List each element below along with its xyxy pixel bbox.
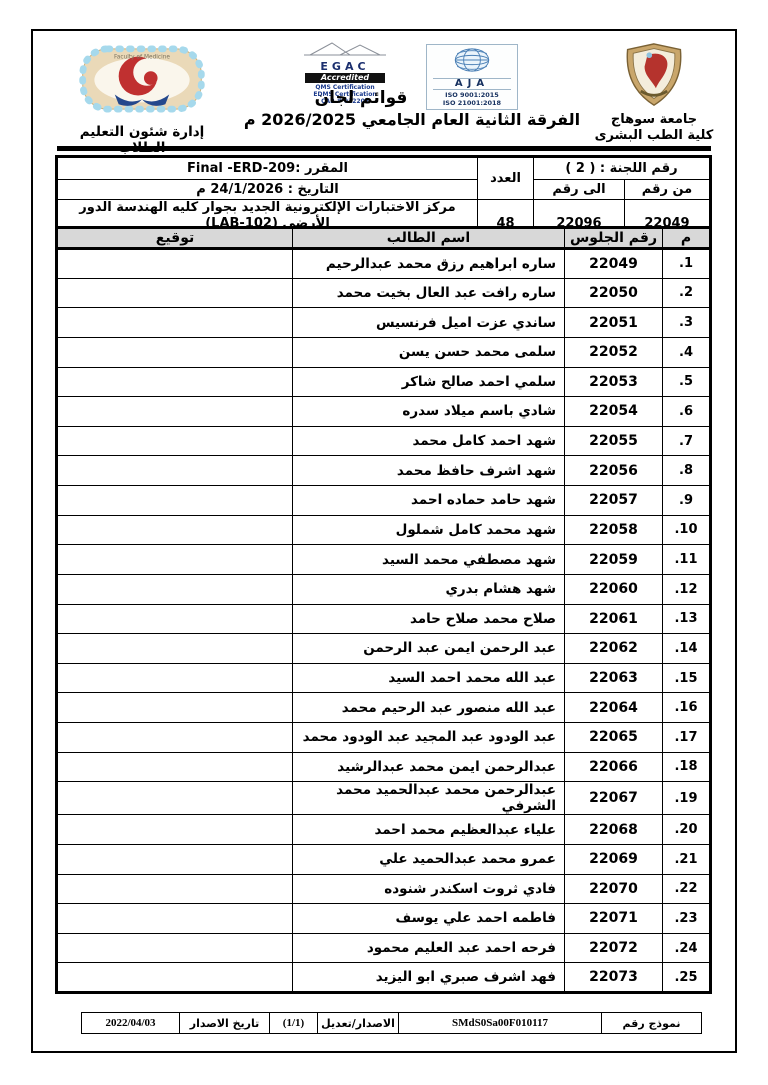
student-row: 8. 22056 شهد اشرف حافظ محمد [57,456,711,486]
signature-cell [57,249,293,279]
student-name: شادي باسم ميلاد سدره [293,397,565,427]
course-label: المقرر :Final -ERD-209 [57,157,478,180]
signature-cell [57,723,293,753]
row-index: 13. [663,604,711,634]
row-index: 18. [663,752,711,782]
student-row: 21. 22069 عمرو محمد عبدالحميد علي [57,844,711,874]
signature-cell [57,604,293,634]
signature-cell [57,874,293,904]
signature-cell [57,456,293,486]
student-name: عبدالرحمن ايمن محمد عبدالرشيد [293,752,565,782]
signature-cell [57,752,293,782]
signature-cell [57,634,293,664]
signature-cell [57,426,293,456]
seat-number: 22061 [565,604,663,634]
seat-number: 22072 [565,933,663,963]
signature-cell [57,278,293,308]
student-name: عمرو محمد عبدالحميد علي [293,844,565,874]
student-row: 15. 22063 عبد الله محمد احمد السيد [57,663,711,693]
student-name: ساره ابراهيم رزق محمد عبدالرحيم [293,249,565,279]
seat-number: 22053 [565,367,663,397]
student-name: شهد اشرف حافظ محمد [293,456,565,486]
student-row: 7. 22055 شهد احمد كامل محمد [57,426,711,456]
seat-number: 22055 [565,426,663,456]
row-index: 14. [663,634,711,664]
row-index: 10. [663,515,711,545]
seat-number: 22059 [565,545,663,575]
seat-number: 22054 [565,397,663,427]
row-index: 6. [663,397,711,427]
student-row: 22. 22070 فادي ثروت اسكندر شنوده [57,874,711,904]
seat-number: 22071 [565,904,663,934]
row-index: 2. [663,278,711,308]
table-header-row: م رقم الجلوس اسم الطالب توقيع [57,228,711,249]
seat-number: 22057 [565,486,663,516]
seat-number: 22069 [565,844,663,874]
row-index: 25. [663,963,711,993]
student-row: 3. 22051 ساندي عزت اميل فرنسيس [57,308,711,338]
signature-cell [57,308,293,338]
student-row: 14. 22062 عبد الرحمن ايمن عبد الرحمن [57,634,711,664]
signature-cell [57,782,293,815]
student-name: ساره رافت عبد العال بخيت محمد [293,278,565,308]
row-index: 20. [663,815,711,845]
students-table: م رقم الجلوس اسم الطالب توقيع 1. 22049 س… [55,226,712,994]
student-row: 6. 22054 شادي باسم ميلاد سدره [57,397,711,427]
faculty-of-medicine-crest-icon: Faculty of Medicine [77,99,207,118]
student-row: 12. 22060 شهد هشام بدري [57,574,711,604]
seat-number: 22062 [565,634,663,664]
seat-number: 22063 [565,663,663,693]
row-index: 4. [663,337,711,367]
student-name: شهد محمد كامل شملول [293,515,565,545]
form-footer-table: نموذج رقم SMdS0Sa00F010117 الاصدار/تعديل… [81,1012,702,1034]
students-table-body: 1. 22049 ساره ابراهيم رزق محمد عبدالرحيم… [57,249,711,993]
student-row: 19. 22067 عبدالرحمن محمد عبدالحميد محمد … [57,782,711,815]
signature-cell [57,693,293,723]
signature-cell [57,367,293,397]
signature-cell [57,545,293,575]
signature-cell [57,574,293,604]
seat-number: 22060 [565,574,663,604]
student-row: 23. 22071 فاطمه احمد علي يوسف [57,904,711,934]
student-row: 25. 22073 فهد اشرف صبري ابو اليزيد [57,963,711,993]
header-index: م [663,228,711,249]
administration-name: إدارة شئون التعليم الطلاب [60,124,224,156]
header-student-name: اسم الطالب [293,228,565,249]
seat-number: 22068 [565,815,663,845]
seat-number: 22058 [565,515,663,545]
row-index: 11. [663,545,711,575]
seat-number: 22050 [565,278,663,308]
student-name: فاطمه احمد علي يوسف [293,904,565,934]
student-name: شهد هشام بدري [293,574,565,604]
university-header-block: جامعة سوهاج كلية الطب البشرى [584,42,724,145]
student-name: علياء عبدالعظيم محمد احمد [293,815,565,845]
seat-number: 22051 [565,308,663,338]
student-name: عبد الله محمد احمد السيد [293,663,565,693]
seat-number: 22066 [565,752,663,782]
sohag-university-shield-icon [612,93,696,112]
seat-number: 22065 [565,723,663,753]
row-index: 21. [663,844,711,874]
student-row: 10. 22058 شهد محمد كامل شملول [57,515,711,545]
seat-number: 22064 [565,693,663,723]
student-name: فهد اشرف صبري ابو اليزيد [293,963,565,993]
document-title: قوائم لجان [251,88,471,108]
row-index: 15. [663,663,711,693]
pyramids-icon [302,42,388,61]
seat-number: 22067 [565,782,663,815]
signature-cell [57,337,293,367]
committee-number: رقم اللجنة : ( 2 ) [534,157,711,180]
student-name: عبد الله منصور عبد الرحيم محمد [293,693,565,723]
count-label: العدد [478,157,534,200]
signature-cell [57,963,293,993]
signature-cell [57,933,293,963]
signature-cell [57,844,293,874]
faculty-header-block: Faculty of Medicine إدارة شئون التعليم ا… [60,44,224,156]
signature-cell [57,397,293,427]
student-row: 13. 22061 صلاح محمد صلاح حامد [57,604,711,634]
row-index: 16. [663,693,711,723]
student-name: فرحه احمد عبد العليم محمود [293,933,565,963]
row-index: 24. [663,933,711,963]
signature-cell [57,515,293,545]
row-index: 17. [663,723,711,753]
row-index: 7. [663,426,711,456]
revision-value: (1/1) [270,1013,318,1034]
header-seat-number: رقم الجلوس [565,228,663,249]
header-signature: توقيع [57,228,293,249]
form-number-value: SMdS0Sa00F010117 [399,1013,602,1034]
student-name: صلاح محمد صلاح حامد [293,604,565,634]
student-name: شهد مصطفي محمد السيد [293,545,565,575]
committee-list-document: جامعة سوهاج كلية الطب البشرى Faculty of … [0,0,768,1085]
row-index: 9. [663,486,711,516]
seat-number: 22073 [565,963,663,993]
exam-date: التاريخ : 24/1/2026 م [57,180,478,200]
student-name: سلمي احمد صالح شاكر [293,367,565,397]
student-row: 1. 22049 ساره ابراهيم رزق محمد عبدالرحيم [57,249,711,279]
row-index: 8. [663,456,711,486]
header-separator-bar [57,146,711,151]
student-name: فادي ثروت اسكندر شنوده [293,874,565,904]
row-index: 12. [663,574,711,604]
seat-number: 22070 [565,874,663,904]
revision-label: الاصدار/تعديل [318,1013,399,1034]
row-index: 5. [663,367,711,397]
signature-cell [57,904,293,934]
form-number-label: نموذج رقم [602,1013,702,1034]
seat-number: 22052 [565,337,663,367]
student-row: 5. 22053 سلمي احمد صالح شاكر [57,367,711,397]
row-index: 22. [663,874,711,904]
student-row: 4. 22052 سلمى محمد حسن يسن [57,337,711,367]
university-name: جامعة سوهاج [584,112,724,128]
student-name: ساندي عزت اميل فرنسيس [293,308,565,338]
signature-cell [57,663,293,693]
globe-icon [452,58,492,77]
student-name: شهد احمد كامل محمد [293,426,565,456]
student-row: 18. 22066 عبدالرحمن ايمن محمد عبدالرشيد [57,752,711,782]
egac-accredited-band: Accredited [305,73,385,83]
student-row: 9. 22057 شهد حامد حماده احمد [57,486,711,516]
student-row: 24. 22072 فرحه احمد عبد العليم محمود [57,933,711,963]
row-index: 23. [663,904,711,934]
crest-caption: Faculty of Medicine [114,55,170,61]
document-subtitle: الفرقة الثانية العام الجامعي 2026/2025 م [238,110,586,129]
student-row: 11. 22059 شهد مصطفي محمد السيد [57,545,711,575]
student-name: عبدالرحمن محمد عبدالحميد محمد الشرفي [293,782,565,815]
faculty-name: كلية الطب البشرى [584,128,724,144]
signature-cell [57,815,293,845]
issue-date-label: تاريخ الاصدار [180,1013,270,1034]
to-number-label: الى رقم [534,180,625,200]
seat-number: 22056 [565,456,663,486]
row-index: 1. [663,249,711,279]
row-index: 3. [663,308,711,338]
student-row: 2. 22050 ساره رافت عبد العال بخيت محمد [57,278,711,308]
student-row: 17. 22065 عبد الودود عبد المجيد عبد الود… [57,723,711,753]
egac-name: EGAC [301,61,389,72]
student-row: 16. 22064 عبد الله منصور عبد الرحيم محمد [57,693,711,723]
issue-date-value: 2022/04/03 [82,1013,180,1034]
student-name: عبد الرحمن ايمن عبد الرحمن [293,634,565,664]
student-row: 20. 22068 علياء عبدالعظيم محمد احمد [57,815,711,845]
seat-number: 22049 [565,249,663,279]
student-name: سلمى محمد حسن يسن [293,337,565,367]
student-name: شهد حامد حماده احمد [293,486,565,516]
from-number-label: من رقم [625,180,711,200]
student-name: عبد الودود عبد المجيد عبد الودود محمد [293,723,565,753]
row-index: 19. [663,782,711,815]
signature-cell [57,486,293,516]
